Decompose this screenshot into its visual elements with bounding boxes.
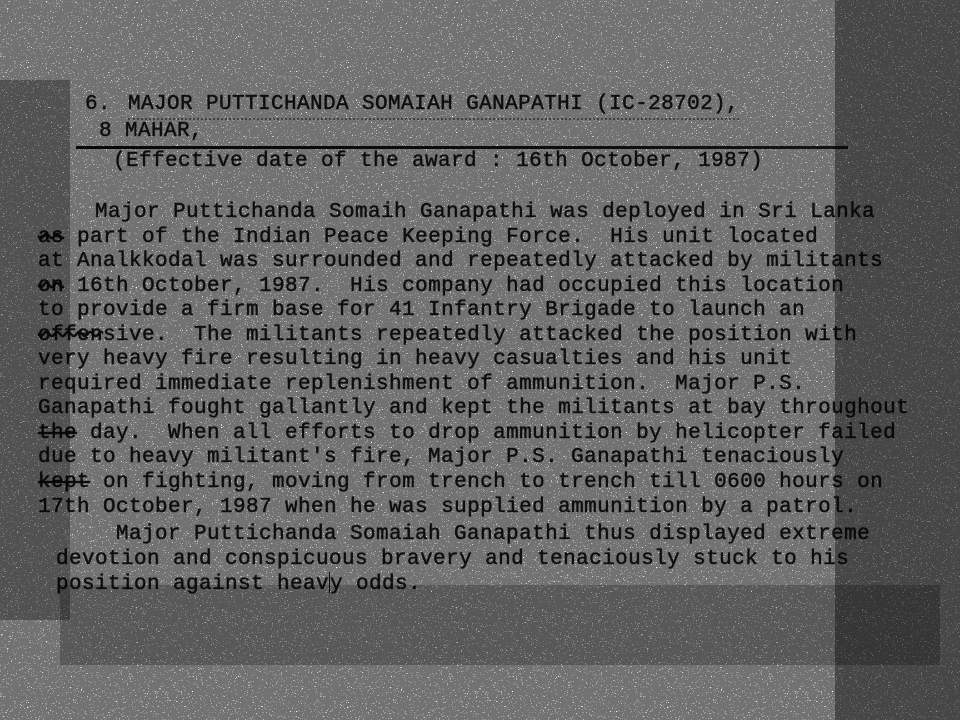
- text-line: as part of the Indian Peace Keeping Forc…: [38, 226, 938, 251]
- text-segment: y odds.: [330, 573, 421, 596]
- paragraph: Major Puttichanda Somaiah Ganapathi thus…: [56, 523, 938, 597]
- heading-number: 6.: [85, 93, 111, 116]
- text-line: Major Puttichanda Somaih Ganapathi was d…: [38, 201, 938, 226]
- text-line: to provide a firm base for 41 Infantry B…: [38, 299, 938, 324]
- text-segment: day. When all efforts to drop ammunition…: [77, 422, 896, 445]
- text-line: devotion and conspicuous bravery and ten…: [56, 548, 938, 573]
- text-line: position against heavy odds.: [56, 572, 938, 597]
- heading-line-1: 6.MAJOR PUTTICHANDA SOMAIAH GANAPATHI (I…: [85, 93, 739, 118]
- text-line: on 16th October, 1987. His company had o…: [38, 275, 938, 300]
- text-line: Ganapathi fought gallantly and kept the …: [38, 397, 938, 422]
- document-body: Major Puttichanda Somaih Ganapathi was d…: [38, 201, 938, 597]
- text-segment: on fighting, moving from trench to trenc…: [90, 471, 883, 494]
- text-segment: devotion and conspicuous bravery and ten…: [56, 548, 849, 571]
- text-line: Major Puttichanda Somaiah Ganapathi thus…: [56, 523, 938, 548]
- text-segment: part of the Indian Peace Keeping Force. …: [64, 226, 818, 249]
- text-line: very heavy fire resulting in heavy casua…: [38, 348, 938, 373]
- text-segment: Major Puttichanda Somaiah Ganapathi thus…: [116, 523, 870, 546]
- scanned-document-page: 6.MAJOR PUTTICHANDA SOMAIAH GANAPATHI (I…: [0, 0, 960, 720]
- text-segment: offen: [38, 324, 103, 347]
- text-segment: kept: [38, 471, 90, 494]
- text-line: due to heavy militant's fire, Major P.S.…: [38, 446, 938, 471]
- text-line: kept on fighting, moving from trench to …: [38, 471, 938, 496]
- text-line: at Analkkodal was surrounded and repeate…: [38, 250, 938, 275]
- heading-underline-rule: [76, 146, 848, 149]
- heading-unit: 8 MAHAR,: [99, 120, 203, 145]
- text-segment: on: [38, 275, 64, 298]
- heading-title: MAJOR PUTTICHANDA SOMAIAH GANAPATHI (IC-…: [128, 93, 739, 120]
- text-segment: as: [38, 226, 64, 249]
- text-segment: 17th October, 1987 when he was supplied …: [38, 496, 857, 519]
- text-segment: required immediate replenishment of ammu…: [38, 373, 805, 396]
- paragraph: Major Puttichanda Somaih Ganapathi was d…: [38, 201, 938, 520]
- text-line: required immediate replenishment of ammu…: [38, 373, 938, 398]
- text-segment: due to heavy militant's fire, Major P.S.…: [38, 446, 844, 469]
- text-segment: Ganapathi fought gallantly and kept the …: [38, 397, 909, 420]
- text-segment: 16th October, 1987. His company had occu…: [64, 275, 844, 298]
- text-segment: at Analkkodal was surrounded and repeate…: [38, 250, 883, 273]
- heading-effective-date: (Effective date of the award : 16th Octo…: [113, 150, 763, 175]
- text-segment: the: [38, 422, 77, 445]
- text-line: the day. When all efforts to drop ammuni…: [38, 422, 938, 447]
- text-segment: very heavy fire resulting in heavy casua…: [38, 348, 792, 371]
- text-line: 17th October, 1987 when he was supplied …: [38, 496, 938, 521]
- text-segment: to provide a firm base for 41 Infantry B…: [38, 299, 805, 322]
- text-line: offensive. The militants repeatedly atta…: [38, 324, 938, 349]
- text-segment: sive. The militants repeatedly attacked …: [103, 324, 857, 347]
- text-segment: position against heav: [56, 573, 329, 596]
- text-segment: Major Puttichanda Somaih Ganapathi was d…: [95, 201, 875, 224]
